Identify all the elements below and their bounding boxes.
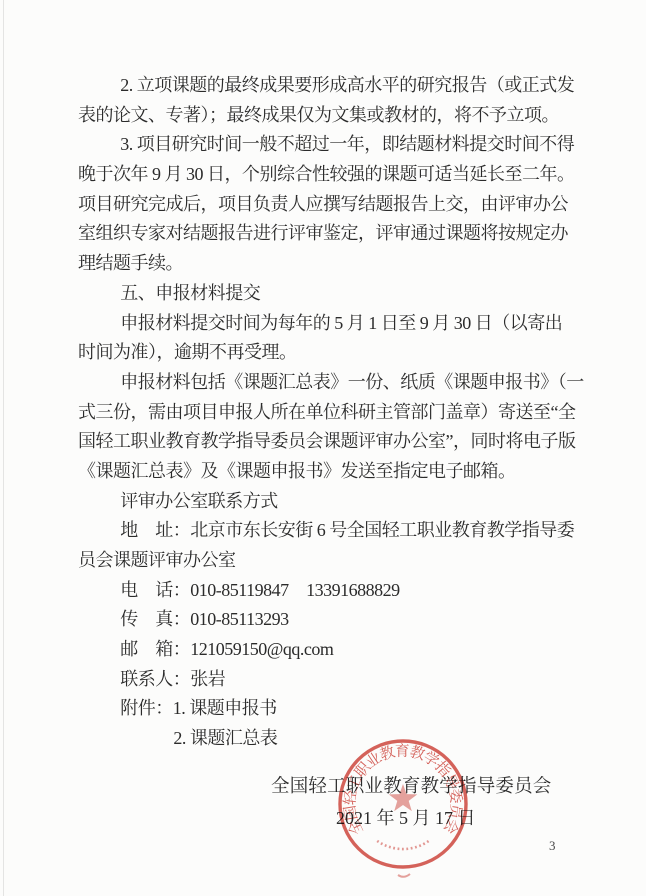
text-line: 3. 项目研究时间一般不超过一年，即结题材料提交时间不得	[78, 130, 583, 160]
text-line: 申报材料提交时间为每年的 5 月 1 日至 9 月 30 日（以寄出	[78, 309, 583, 339]
text-line: 电 话：010-85119847 13391688829	[78, 576, 583, 606]
text-line: 表的论文、专著）；最终成果仅为文集或教材的，将不予立项。	[78, 101, 583, 131]
text-line: 理结题手续。	[78, 249, 583, 279]
text-line: 国轻工职业教育教学指导委员会课题评审办公室”，同时将电子版	[78, 427, 583, 457]
text-line: 项目研究完成后，项目负责人应撰写结题报告上交，由评审办公	[78, 190, 583, 220]
text-line: 地 址：北京市东长安街 6 号全国轻工职业教育教学指导委	[78, 516, 583, 546]
seal-serial-arc	[377, 841, 429, 849]
text-line: 附件：1. 课题申报书	[78, 694, 583, 724]
text-line: 2. 立项课题的最终成果要形成高水平的研究报告（或正式发	[78, 71, 583, 101]
text-line: 员会课题评审办公室	[78, 546, 583, 576]
star-icon	[389, 784, 418, 811]
scan-edge-artifact	[3, 0, 4, 896]
text-line: 邮 箱：121059150@qq.com	[78, 635, 583, 665]
text-line: 联系人：张岩	[78, 665, 583, 695]
text-line: 晚于次年 9 月 30 日，个别综合性较强的课题可适当延长至二年。	[78, 160, 583, 190]
text-line: 传 真：010-85113293	[78, 605, 583, 635]
text-line: 时间为准），逾期不再受理。	[78, 338, 583, 368]
scanned-document-page: 2. 立项课题的最终成果要形成高水平的研究报告（或正式发表的论文、专著）；最终成…	[0, 0, 646, 896]
body-text: 2. 立项课题的最终成果要形成高水平的研究报告（或正式发表的论文、专著）；最终成…	[78, 71, 583, 754]
text-line: 评审办公室联系方式	[78, 487, 583, 517]
text-line: 《课题汇总表》及《课题申报书》发送至指定电子邮箱。	[78, 457, 583, 487]
text-line: 式三份，需由项目申报人所在单位科研主管部门盖章）寄送至“全	[78, 398, 583, 428]
seal-tick-mark	[398, 874, 410, 877]
text-line: 申报材料包括《课题汇总表》一份、纸质《课题申报书》（一	[78, 368, 583, 398]
text-line: 五、申报材料提交	[78, 279, 583, 309]
official-round-seal-icon: 全国轻工职业教育教学指导委员会	[325, 728, 485, 888]
page-number: 3	[549, 838, 556, 854]
text-line: 室组织专家对结题报告进行评审鉴定，评审通过课题将按规定办	[78, 219, 583, 249]
